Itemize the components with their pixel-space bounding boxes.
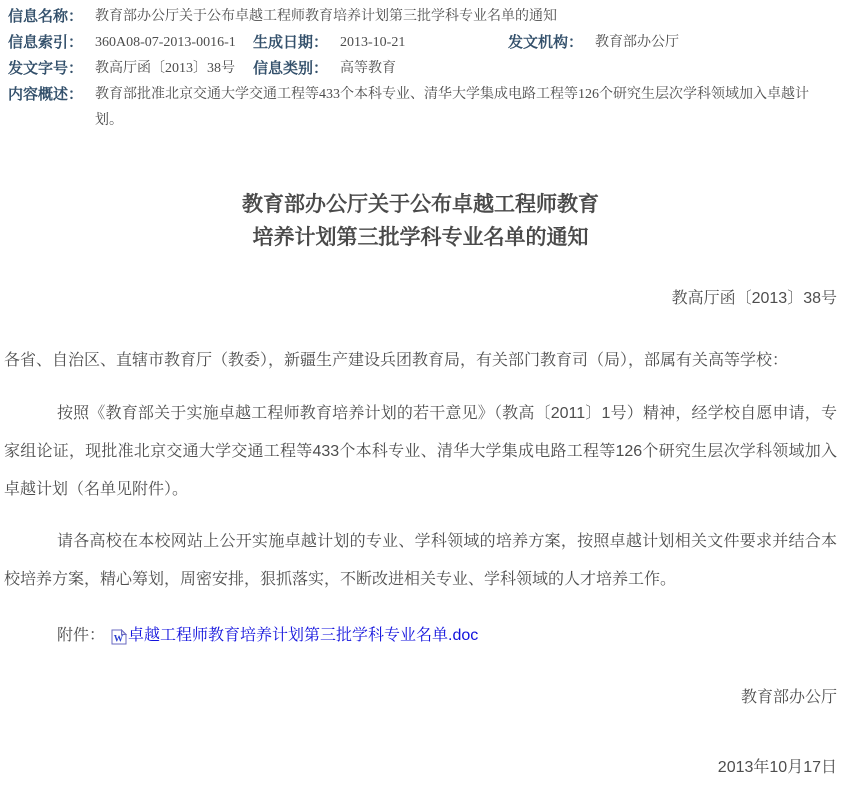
agency-value: 教育部办公厅 — [595, 30, 679, 56]
notice-page: 信息名称： 教育部办公厅关于公布卓越工程师教育培养计划第三批学科专业名单的通知 … — [0, 0, 844, 805]
category-value: 高等教育 — [340, 56, 396, 82]
metadata-block: 信息名称： 教育部办公厅关于公布卓越工程师教育培养计划第三批学科专业名单的通知 … — [0, 0, 844, 134]
info-name-label: 信息名称： — [8, 4, 95, 30]
docno-value: 教高厅函〔2013〕38号 — [95, 56, 253, 82]
document-number: 教高厅函〔2013〕38号 — [4, 286, 837, 312]
document-title-line2: 培养计划第三批学科专业名单的通知 — [4, 221, 837, 254]
category-label: 信息类别： — [253, 56, 340, 82]
meta-row-name: 信息名称： 教育部办公厅关于公布卓越工程师教育培养计划第三批学科专业名单的通知 — [8, 4, 836, 30]
meta-row-index-date-agency: 信息索引： 360A08-07-2013-0016-1 生成日期： 2013-1… — [8, 30, 836, 56]
gen-date-value: 2013-10-21 — [340, 30, 508, 56]
word-doc-icon-letter: W — [114, 635, 124, 645]
document-title: 教育部办公厅关于公布卓越工程师教育 培养计划第三批学科专业名单的通知 — [4, 188, 837, 254]
info-index-label: 信息索引： — [8, 30, 95, 56]
attachment-row: 附件： W 卓越工程师教育培养计划第三批学科专业名单.doc — [4, 623, 837, 649]
summary-value: 教育部批准北京交通大学交通工程等433个本科专业、清华大学集成电路工程等126个… — [95, 82, 836, 134]
paragraph-requirements: 请各高校在本校网站上公开实施卓越计划的专业、学科领域的培养方案，按照卓越计划相关… — [4, 523, 837, 599]
attachment-label: 附件： — [57, 623, 105, 649]
paragraph-approval: 按照《教育部关于实施卓越工程师教育培养计划的若干意见》（教高〔2011〕1号）精… — [4, 395, 837, 509]
agency-label: 发文机构： — [508, 30, 595, 56]
info-name-value: 教育部办公厅关于公布卓越工程师教育培养计划第三批学科专业名单的通知 — [95, 4, 836, 30]
salutation: 各省、自治区、直辖市教育厅（教委），新疆生产建设兵团教育局，有关部门教育司（局）… — [4, 348, 837, 374]
document-body: 教育部办公厅关于公布卓越工程师教育 培养计划第三批学科专业名单的通知 教高厅函〔… — [0, 188, 844, 781]
attachment-link[interactable]: 卓越工程师教育培养计划第三批学科专业名单.doc — [128, 623, 478, 649]
docno-label: 发文字号： — [8, 56, 95, 82]
info-index-value: 360A08-07-2013-0016-1 — [95, 30, 253, 56]
document-title-line1: 教育部办公厅关于公布卓越工程师教育 — [4, 188, 837, 221]
meta-row-docno-category: 发文字号： 教高厅函〔2013〕38号 信息类别： 高等教育 — [8, 56, 836, 82]
summary-label: 内容概述： — [8, 82, 95, 108]
document-date: 2013年10月17日 — [4, 755, 837, 781]
word-doc-icon: W — [111, 628, 127, 644]
gen-date-label: 生成日期： — [253, 30, 340, 56]
meta-row-summary: 内容概述： 教育部批准北京交通大学交通工程等433个本科专业、清华大学集成电路工… — [8, 82, 836, 134]
issuing-office-signature: 教育部办公厅 — [4, 685, 837, 711]
